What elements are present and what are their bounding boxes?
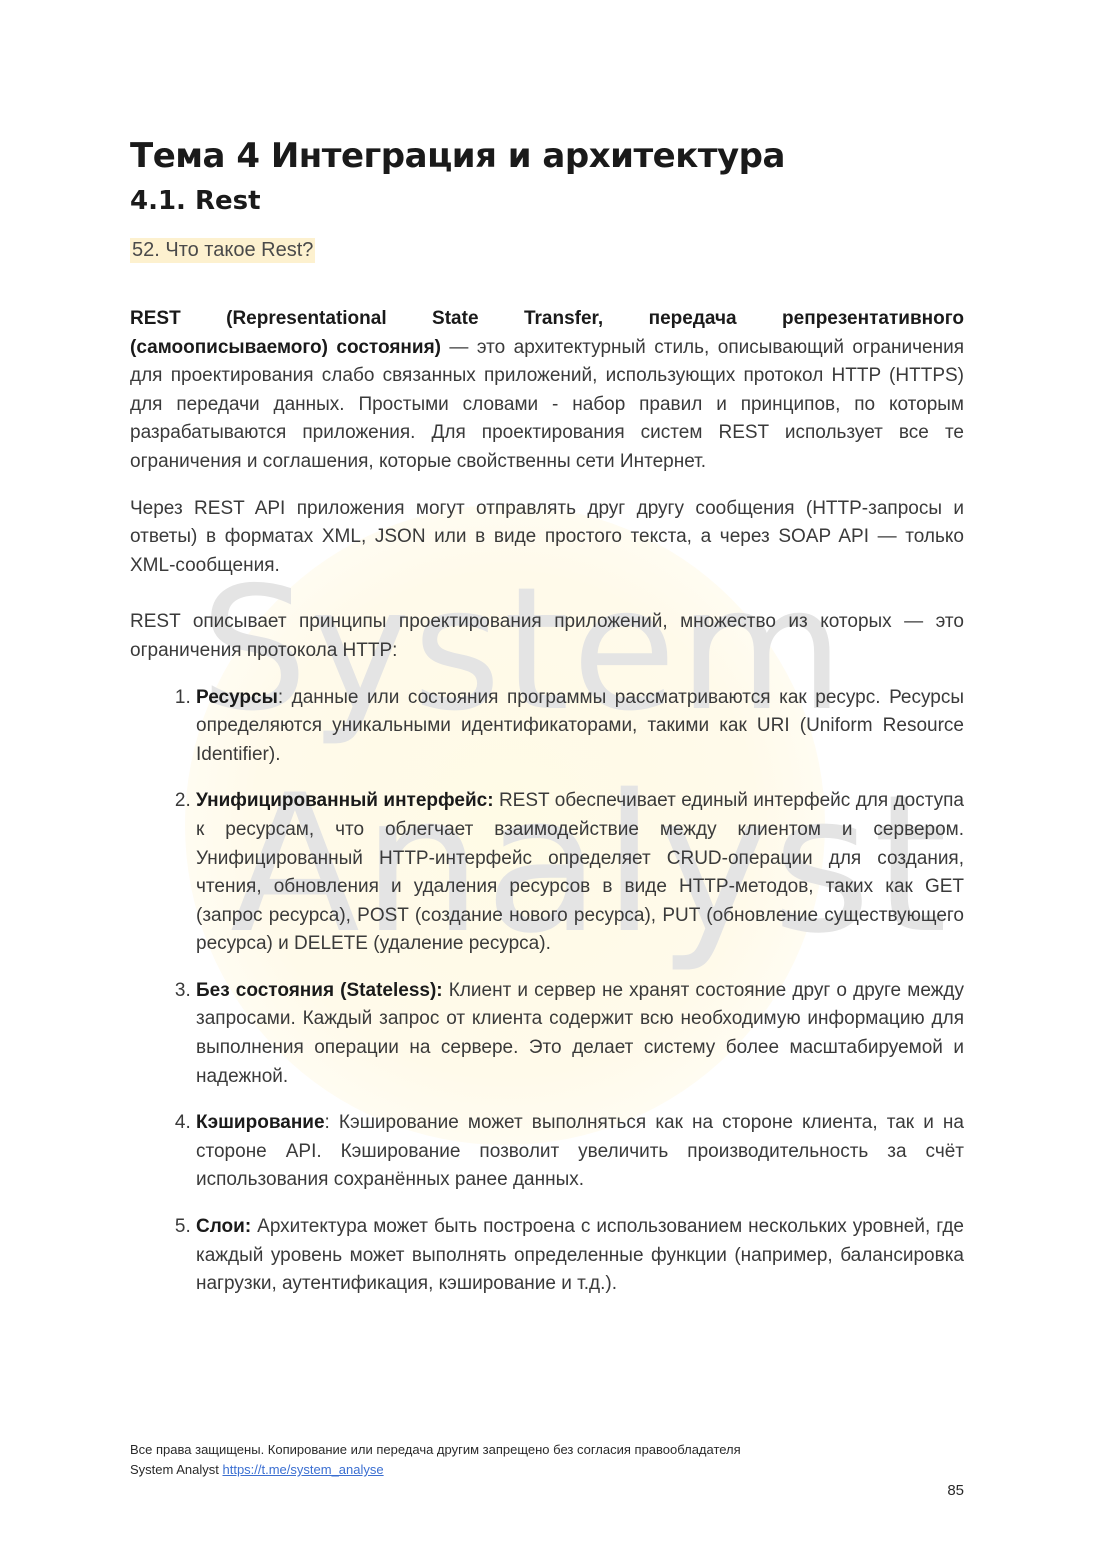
footer-brand-line: System Analyst https://t.me/system_analy… [130,1460,964,1480]
page-number: 85 [947,1482,964,1499]
api-formats-paragraph: Через REST API приложения могут отправля… [130,495,964,581]
list-item: Унифицированный интерфейс: REST обеспечи… [196,787,964,959]
list-item-term: Унифицированный интерфейс: [196,790,494,811]
list-item-term: Слои: [196,1216,251,1237]
list-item-text: REST обеспечивает единый интерфейс для д… [196,790,964,954]
page-footer: Все права защищены. Копирование или пере… [130,1440,964,1480]
list-item-term: Ресурсы [196,687,278,708]
section-title: 4.1. Rest [130,186,964,216]
copyright-notice: Все права защищены. Копирование или пере… [130,1440,964,1460]
intro-paragraph: REST (Representational State Transfer, п… [130,305,964,477]
telegram-link[interactable]: https://t.me/system_analyse [222,1462,383,1477]
list-item: Слои: Архитектура может быть построена с… [196,1213,964,1299]
page-title: Тема 4 Интеграция и архитектура [130,136,964,176]
brand-name: System Analyst [130,1462,222,1477]
list-item-term: Без состояния (Stateless): [196,980,443,1001]
list-item: Кэширование: Кэширование может выполнять… [196,1109,964,1195]
page-content: Тема 4 Интеграция и архитектура 4.1. Res… [130,130,964,1317]
list-item: Без состояния (Stateless): Клиент и серв… [196,977,964,1091]
question-heading: 52. Что такое Rest? [130,238,315,263]
list-item-text: Архитектура может быть построена с испол… [196,1216,964,1294]
principles-list: Ресурсы: данные или состояния программы … [130,684,964,1299]
list-item-text: данные или состояния программы рассматри… [196,687,964,765]
principles-intro-paragraph: REST описывает принципы проектирования п… [130,608,964,665]
list-item: Ресурсы: данные или состояния программы … [196,684,964,770]
list-item-term: Кэширование [196,1112,325,1133]
